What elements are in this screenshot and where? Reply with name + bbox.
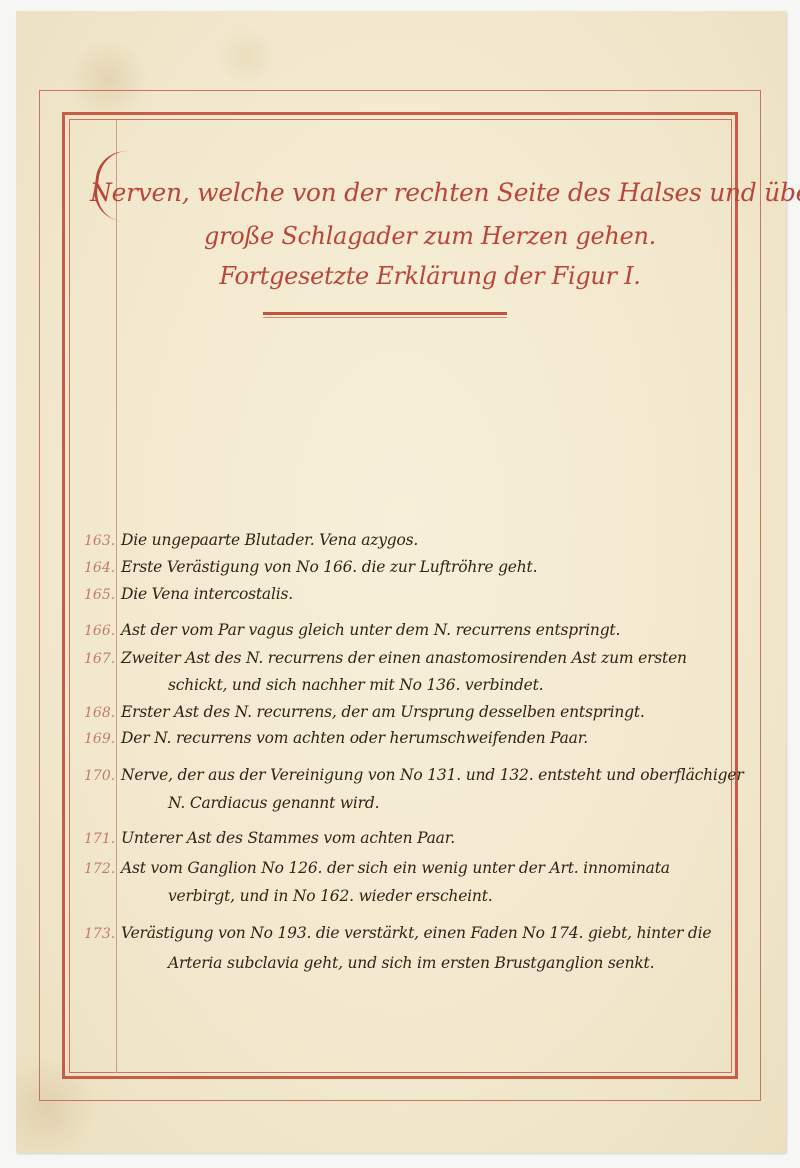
entry-number: 171. [84,831,116,847]
entry-text: Erste Verästigung von No 166. die zur Lu… [121,558,537,576]
entry-text: Erster Ast des N. recurrens, der am Ursp… [121,703,645,721]
entry-text: Ast der vom Par vagus gleich unter dem N… [121,621,620,639]
title-underline [263,312,507,315]
entry-number: 164. [84,560,116,576]
entry-text: Der N. recurrens vom achten oder herumsc… [121,729,588,747]
entry-number: 165. [84,587,116,603]
entry-number: 166. [84,623,116,639]
entry-text: Nerve, der aus der Vereinigung von No 13… [121,766,744,784]
entry-text: Ast vom Ganglion No 126. der sich ein we… [121,859,670,877]
title-line-2: große Schlagader zum Herzen gehen. [90,222,770,250]
entry-number: 167. [84,651,116,667]
entry-text: Die Vena intercostalis. [121,585,293,603]
entry-number: 163. [84,533,116,549]
entry-text: Die ungepaarte Blutader. Vena azygos. [121,531,418,549]
entry-number: 170. [84,768,116,784]
entry-text: Verästigung von No 193. die verstärkt, e… [121,924,711,942]
entry-number: 172. [84,861,116,877]
title-line-3: Fortgesetzte Erklärung der Figur I. [90,262,770,290]
entry-continuation: schickt, und sich nachher mit No 136. ve… [168,676,543,694]
entry-number: 173. [84,926,116,942]
entry-continuation: verbirgt, und in No 162. wieder erschein… [168,887,492,905]
entry-text: Zweiter Ast des N. recurrens der einen a… [121,649,687,667]
entry-continuation: N. Cardiacus genannt wird. [168,794,379,812]
entry-continuation: Arteria subclavia geht, und sich im erst… [168,954,654,972]
title-underline-thin [263,317,507,318]
entry-number: 169. [84,731,116,747]
entry-text: Unterer Ast des Stammes vom achten Paar. [121,829,455,847]
title-line-1: Nerven, welche von der rechten Seite des… [90,178,770,207]
entry-number: 168. [84,705,116,721]
